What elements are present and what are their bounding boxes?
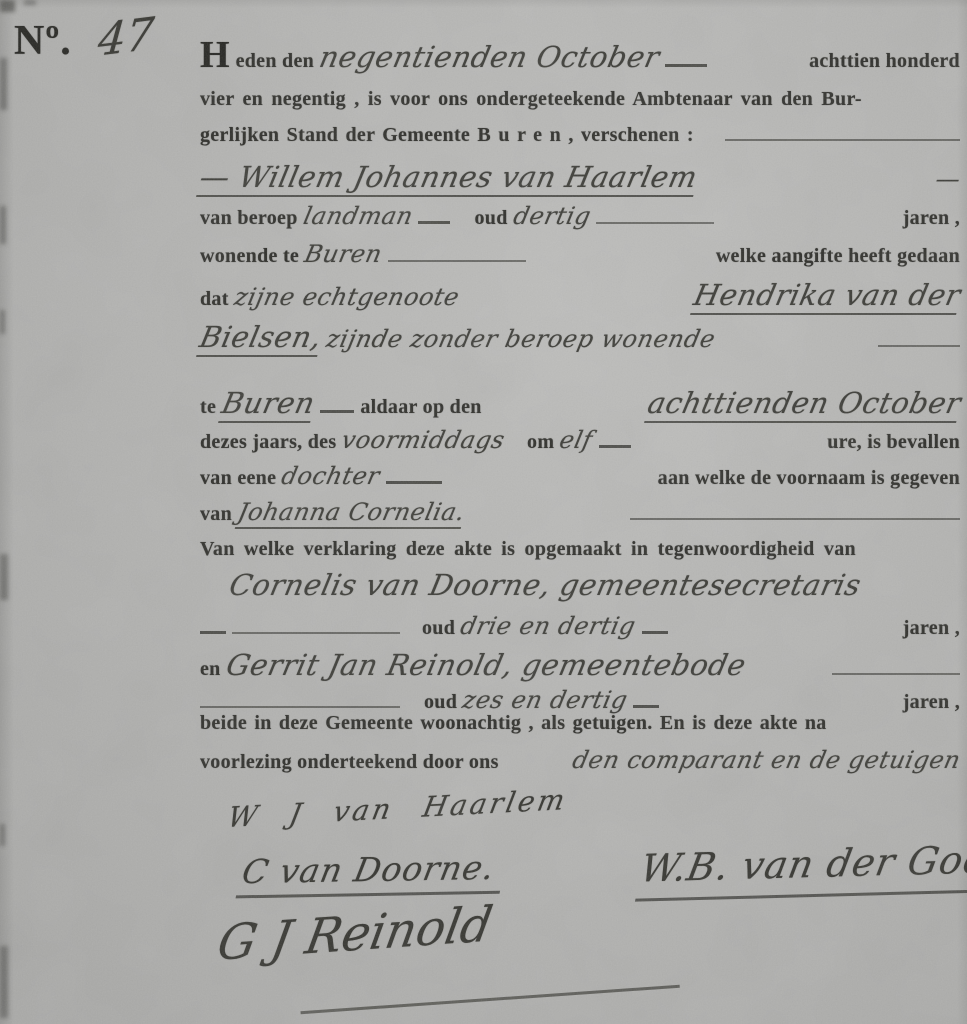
doc-line-9: teBurenaldaar op denachttienden October xyxy=(200,386,960,423)
filler-dash xyxy=(418,218,450,224)
spacer xyxy=(511,447,521,448)
drop-cap: H xyxy=(200,40,230,70)
print-text: jaren , xyxy=(903,691,960,714)
print-text: gerlijken Stand der Gemeente B u r e n ,… xyxy=(200,124,694,147)
scan-artifact xyxy=(0,58,7,110)
handwritten-text-underlined: Hendrika van der xyxy=(690,278,964,315)
blank-rule xyxy=(725,136,960,141)
handwritten-text: dertig xyxy=(511,202,594,230)
print-text: dezes jaars, des xyxy=(200,431,336,454)
print-text: oud xyxy=(424,691,457,714)
doc-line-4: — Willem Johannes van Haarlem— xyxy=(200,160,960,197)
doc-line-11: van eenedochteraan welke de voornaam is … xyxy=(200,462,960,490)
doc-line-12: vanJohanna Cornelia. xyxy=(200,498,960,529)
print-text: ure, is bevallen xyxy=(827,431,960,454)
print-text: aan welke de voornaam is gegeven xyxy=(658,467,960,490)
print-text: om xyxy=(527,431,554,454)
handwritten-text: drie en dertig xyxy=(458,612,638,640)
scan-artifact xyxy=(0,0,15,12)
print-text: van beroep xyxy=(200,207,298,230)
doc-line-5: van beroeplandmanouddertigjaren , xyxy=(200,202,960,230)
scan-artifact xyxy=(0,824,5,846)
filler-dash xyxy=(599,442,631,448)
print-text: aldaar op den xyxy=(360,396,481,419)
print-text: Van welke verklaring deze akte is opgema… xyxy=(200,538,856,561)
print-text: voorlezing onderteekend door ons xyxy=(200,751,499,774)
doc-line-14: Cornelis van Doorne, gemeentesecretaris xyxy=(200,568,960,602)
print-text: dat xyxy=(200,288,229,311)
birth-certificate-page: Nº. 47 Heden dennegentienden Octoberacht… xyxy=(0,0,967,1024)
handwritten-text-underlined: Buren xyxy=(218,386,318,423)
print-text: wonende te xyxy=(200,245,299,268)
scan-artifact xyxy=(0,946,8,1018)
print-text: jaren , xyxy=(903,617,960,640)
doc-line-18: beide in deze Gemeente woonachtig , als … xyxy=(200,712,960,735)
doc-line-15: ouddrie en dertigjaren , xyxy=(200,612,960,640)
handwritten-text: Gerrit Jan Reinold, gemeentebode xyxy=(223,648,749,682)
handwritten-text: dochter xyxy=(279,462,382,490)
blank-rule xyxy=(596,219,714,224)
print-text: vier en negentig , is voor ons ondergete… xyxy=(200,88,862,111)
print-text: achttien honderd xyxy=(809,50,960,73)
filler-dash xyxy=(665,61,707,67)
signature-registrar: W.B. van der Goe xyxy=(635,837,967,901)
print-text: te xyxy=(200,396,216,419)
handwritten-text-underlined: — Willem Johannes van Haarlem xyxy=(196,160,700,197)
doc-line-13: Van welke verklaring deze akte is opgema… xyxy=(200,538,960,561)
handwritten-text: — xyxy=(933,165,963,193)
blank-rule xyxy=(232,629,400,634)
scan-artifact xyxy=(0,554,8,600)
handwritten-text: zes en dertig xyxy=(460,686,630,714)
blank-rule xyxy=(878,342,960,347)
spacer xyxy=(406,633,416,634)
print-text: welke aangifte heeft gedaan xyxy=(716,245,960,268)
handwritten-text: den comparant en de getuigen xyxy=(570,746,963,774)
doc-line-1: Heden dennegentienden Octoberachttien ho… xyxy=(200,40,960,74)
signature-witness-1: C van Doorne. xyxy=(236,848,509,899)
blank-rule xyxy=(200,703,400,708)
doc-line-17: oudzes en dertigjaren , xyxy=(200,686,960,714)
filler-dash xyxy=(320,407,354,413)
print-text: en xyxy=(200,658,221,681)
print-text: eden den xyxy=(236,50,315,73)
handwritten-text: zijnde zonder beroep wonende xyxy=(324,325,718,353)
blank-rule xyxy=(630,515,960,520)
handwritten-text: voormiddags xyxy=(339,426,508,454)
doc-line-16: enGerrit Jan Reinold, gemeentebode xyxy=(200,648,960,682)
scan-artifact xyxy=(24,0,36,5)
handwritten-text: Cornelis van Doorne, gemeentesecretaris xyxy=(226,568,864,602)
doc-line-19: voorlezing onderteekend door onsden comp… xyxy=(200,746,960,774)
blank-rule xyxy=(832,670,960,675)
filler-dash xyxy=(633,702,659,708)
scan-artifact xyxy=(0,206,6,244)
print-text: van eene xyxy=(200,467,276,490)
handwritten-text: zijne echtgenoote xyxy=(232,283,462,311)
doc-line-6: wonende teBurenwelke aangifte heeft geda… xyxy=(200,240,960,268)
print-text: oud xyxy=(474,207,507,230)
spacer xyxy=(406,707,418,708)
filler-dash xyxy=(642,628,668,634)
handwritten-text-underlined: Johanna Cornelia. xyxy=(235,498,468,529)
print-text: van xyxy=(200,503,232,526)
doc-line-7: datzijne echtgenooteHendrika van der xyxy=(200,278,960,315)
handwritten-text-underlined: Bielsen, xyxy=(196,320,325,357)
print-text: jaren , xyxy=(903,207,960,230)
filler-dash xyxy=(386,478,442,484)
doc-line-3: gerlijken Stand der Gemeente B u r e n ,… xyxy=(200,124,960,147)
print-text: beide in deze Gemeente woonachtig , als … xyxy=(200,712,827,735)
doc-line-10: dezes jaars, desvoormiddagsomelfure, is … xyxy=(200,426,960,454)
blank-rule xyxy=(388,257,526,262)
handwritten-text-underlined: achttienden October xyxy=(644,386,964,423)
spacer xyxy=(456,223,468,224)
doc-line-8: Bielsen,zijnde zonder beroep wonende xyxy=(200,320,960,357)
handwritten-text: elf xyxy=(557,426,595,454)
handwritten-text: landman xyxy=(301,202,416,230)
scan-artifact xyxy=(0,310,5,334)
handwritten-text: negentienden October xyxy=(316,40,663,74)
print-text: oud xyxy=(422,617,455,640)
handwritten-text: Buren xyxy=(302,240,385,268)
filler-dash xyxy=(200,628,226,634)
doc-line-2: vier en negentig , is voor ons ondergete… xyxy=(200,88,960,111)
